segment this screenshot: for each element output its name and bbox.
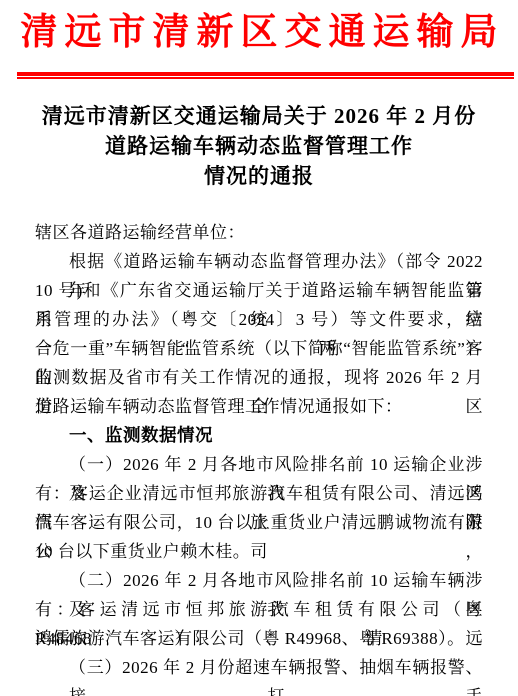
title-line: 道路运输车辆动态监督管理工作 — [0, 131, 518, 161]
document-title: 清远市清新区交通运输局关于 2026 年 2 月份 道路运输车辆动态监督管理工作… — [0, 101, 518, 191]
agency-header: 清远市清新区交通运输局 — [0, 8, 518, 58]
title-line: 清远市清新区交通运输局关于 2026 年 2 月份 — [0, 101, 518, 131]
body-line: 汽车客运有限公司，10 台以上重货业户清远鹏诚物流有限公司， — [35, 508, 483, 537]
body-line: 用管理的办法》（粤交〔2024〕3 号）等文件要求，结合“两客 — [35, 305, 483, 334]
body-line: 一危一重”车辆智能监管系统（以下简称“智能监管系统”）的 — [35, 334, 483, 363]
section-heading: 一、监测数据情况 — [35, 421, 483, 450]
body-line: 监测数据及省市有关工作情况的通报，现将 2026 年 2 月份全区 — [35, 363, 483, 392]
body-line: 根据《道路运输车辆动态监督管理办法》（部令 2022 年第 — [35, 247, 483, 276]
body-line: 有：客运清远市恒邦旅游汽车租赁有限公司（粤 R48468）、清远 — [35, 595, 483, 624]
red-divider-line — [17, 72, 514, 79]
document-page: 清远市清新区交通运输局 清远市清新区交通运输局关于 2026 年 2 月份 道路… — [0, 0, 518, 696]
body-line-salutation: 辖区各道路运输经营单位： — [35, 218, 483, 247]
body-line: （三）2026 年 2 月份超速车辆报警、抽烟车辆报警、接打手 — [35, 653, 483, 682]
body-line: 10 号)和《广东省交通运输厅关于道路运输车辆智能监管系统应 — [35, 276, 483, 305]
body-line: （一）2026 年 2 月各地市风险排名前 10 运输企业涉及我区 — [35, 450, 483, 479]
document-body: 辖区各道路运输经营单位： 根据《道路运输车辆动态监督管理办法》（部令 2022 … — [35, 218, 483, 682]
body-line: 鸿儒旅游汽车客运有限公司（粤 R49968、粤 R69388）。 — [35, 624, 483, 653]
title-line: 情况的通报 — [0, 161, 518, 191]
body-line: （二）2026 年 2 月各地市风险排名前 10 运输车辆涉及我区 — [35, 566, 483, 595]
body-line: 有：客运企业清远市恒邦旅游汽车租赁有限公司、清远鸿儒旅游 — [35, 479, 483, 508]
